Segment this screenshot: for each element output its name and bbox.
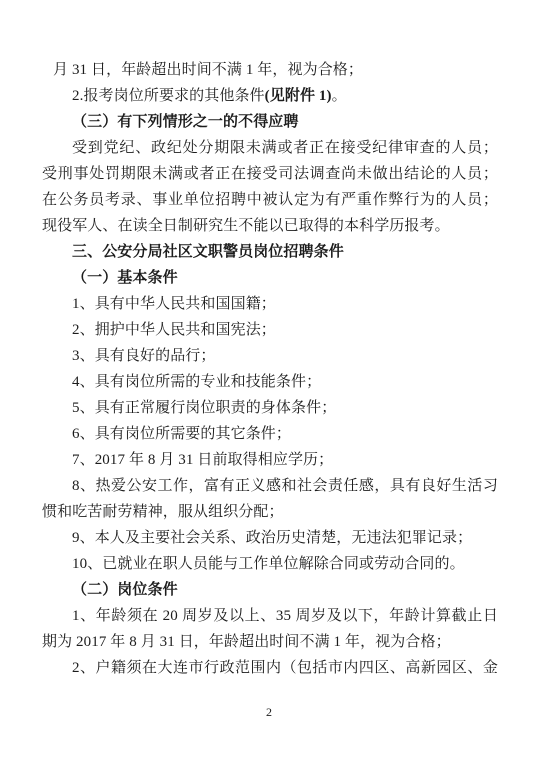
text-run: 8、热爱公安工作，富有正义感和社会责任感，具有良好生活习 bbox=[72, 478, 498, 494]
bold-text-run: （三）有下列情形之一的不得应聘 bbox=[72, 114, 299, 130]
text-run: 受到党纪、政纪处分期限未满或者正在接受纪律审查的人员； bbox=[72, 140, 498, 156]
text-line: 2、户籍须在大连市行政范围内（包括市内四区、高新园区、金 bbox=[42, 655, 498, 681]
text-run: 2、拥护中华人民共和国宪法； bbox=[72, 322, 276, 338]
text-run: 4、具有岗位所需的专业和技能条件； bbox=[72, 374, 321, 390]
text-line: 4、具有岗位所需的专业和技能条件； bbox=[42, 369, 498, 395]
text-line: 1、具有中华人民共和国国籍； bbox=[42, 291, 498, 317]
text-line: 2、拥护中华人民共和国宪法； bbox=[42, 317, 498, 343]
text-run: 。 bbox=[332, 88, 347, 104]
text-run: 在公务员考录、事业单位招聘中被认定为有严重作弊行为的人员； bbox=[42, 192, 498, 208]
text-run: 期为 2017 年 8 月 31 日，年龄超出时间不满 1 年，视为合格； bbox=[42, 634, 451, 650]
text-line: 10、已就业在职人员能与工作单位解除合同或劳动合同的。 bbox=[42, 551, 498, 577]
text-run: 现役军人、在读全日制研究生不能以已取得的本科学历报考。 bbox=[42, 218, 450, 234]
document-body: 月 31 日，年龄超出时间不满 1 年，视为合格；2.报考岗位所要求的其他条件(… bbox=[42, 57, 498, 681]
text-line: （二）岗位条件 bbox=[42, 577, 498, 603]
text-line: 3、具有良好的品行； bbox=[42, 343, 498, 369]
text-line: 在公务员考录、事业单位招聘中被认定为有严重作弊行为的人员； bbox=[42, 187, 498, 213]
text-line: 现役军人、在读全日制研究生不能以已取得的本科学历报考。 bbox=[42, 213, 498, 239]
text-line: 1、年龄须在 20 周岁及以上、35 周岁及以下，年龄计算截止日 bbox=[42, 603, 498, 629]
text-run: 1、年龄须在 20 周岁及以上、35 周岁及以下，年龄计算截止日 bbox=[72, 608, 498, 624]
text-run: 1、具有中华人民共和国国籍； bbox=[72, 296, 276, 312]
text-line: 2.报考岗位所要求的其他条件(见附件 1)。 bbox=[42, 83, 498, 109]
page-number: 2 bbox=[0, 705, 538, 720]
text-run: 6、具有岗位所需要的其它条件； bbox=[72, 426, 291, 442]
text-line: 6、具有岗位所需要的其它条件； bbox=[42, 421, 498, 447]
text-line: 7、2017 年 8 月 31 日前取得相应学历； bbox=[42, 447, 498, 473]
text-run: 2.报考岗位所要求的其他条件 bbox=[72, 88, 265, 104]
text-run: 受刑事处罚期限未满或者正在接受司法调查尚未做出结论的人员； bbox=[42, 166, 498, 182]
text-line: 受到党纪、政纪处分期限未满或者正在接受纪律审查的人员； bbox=[42, 135, 498, 161]
text-line: （三）有下列情形之一的不得应聘 bbox=[42, 109, 498, 135]
text-line: 月 31 日，年龄超出时间不满 1 年，视为合格； bbox=[42, 57, 498, 83]
document-page: 月 31 日，年龄超出时间不满 1 年，视为合格；2.报考岗位所要求的其他条件(… bbox=[0, 0, 538, 766]
text-run: 9、本人及主要社会关系、政治历史清楚，无违法犯罪记录； bbox=[72, 530, 472, 546]
text-run: 惯和吃苦耐劳精神，服从组织分配； bbox=[42, 504, 284, 520]
text-run: 5、具有正常履行岗位职责的身体条件； bbox=[72, 400, 336, 416]
text-run: 7、2017 年 8 月 31 日前取得相应学历； bbox=[72, 452, 333, 468]
text-run: 2、户籍须在大连市行政范围内（包括市内四区、高新园区、金 bbox=[72, 660, 498, 676]
text-line: （一）基本条件 bbox=[42, 265, 498, 291]
text-line: 受刑事处罚期限未满或者正在接受司法调查尚未做出结论的人员； bbox=[42, 161, 498, 187]
bold-text-run: （二）岗位条件 bbox=[72, 582, 178, 598]
bold-text-run: 三、公安分局社区文职警员岗位招聘条件 bbox=[72, 244, 344, 260]
text-line: 三、公安分局社区文职警员岗位招聘条件 bbox=[42, 239, 498, 265]
bold-text-run: （一）基本条件 bbox=[72, 270, 178, 286]
text-run: 3、具有良好的品行； bbox=[72, 348, 216, 364]
text-line: 9、本人及主要社会关系、政治历史清楚，无违法犯罪记录； bbox=[42, 525, 498, 551]
text-line: 8、热爱公安工作，富有正义感和社会责任感，具有良好生活习 bbox=[42, 473, 498, 499]
text-run: 月 31 日，年龄超出时间不满 1 年，视为合格； bbox=[53, 62, 363, 78]
text-line: 期为 2017 年 8 月 31 日，年龄超出时间不满 1 年，视为合格； bbox=[42, 629, 498, 655]
text-line: 5、具有正常履行岗位职责的身体条件； bbox=[42, 395, 498, 421]
bold-text-run: (见附件 1) bbox=[265, 88, 332, 104]
text-line: 惯和吃苦耐劳精神，服从组织分配； bbox=[42, 499, 498, 525]
text-run: 10、已就业在职人员能与工作单位解除合同或劳动合同的。 bbox=[72, 556, 465, 572]
